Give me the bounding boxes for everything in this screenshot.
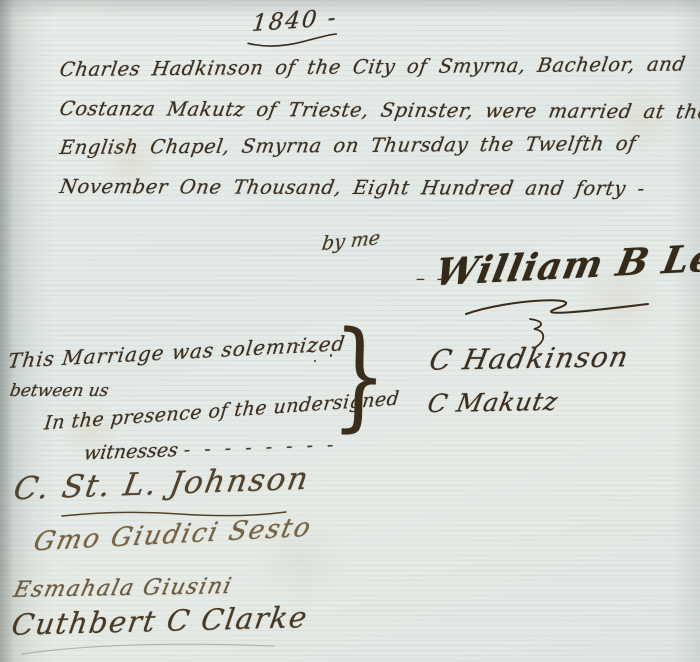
witness-signature-clarke: Cuthbert C Clarke bbox=[9, 600, 310, 642]
year-heading: 1840 - bbox=[251, 5, 339, 37]
witness-signature-esmahala: Esmahala Giusini bbox=[11, 574, 235, 603]
bride-signature: C Makutz bbox=[425, 387, 561, 418]
officiant-signature-flourish bbox=[462, 296, 652, 322]
officiant-signature: William B Lewis bbox=[432, 232, 700, 295]
register-entry-text: Charles Hadkinson of the City of Smyrna,… bbox=[60, 50, 700, 206]
scanned-marriage-register-page: 1840 - Charles Hadkinson of the City of … bbox=[0, 0, 700, 662]
witness-signature-johnson: C. St. L. Johnson bbox=[11, 461, 313, 508]
witness-clause-line-2: witnesses - - - - - - - - bbox=[83, 434, 340, 465]
brace-flourish: } bbox=[331, 305, 388, 446]
entry-line-4: November One Thousand, Eight Hundred and… bbox=[57, 167, 700, 208]
witnesses-word: witnesses bbox=[83, 439, 180, 464]
entry-line-3: English Chapel, Smyrna on Thursday the T… bbox=[57, 123, 700, 167]
by-me-label: by me bbox=[321, 227, 382, 256]
solemnization-line-2: between us bbox=[8, 381, 110, 401]
faint-pencil-arc bbox=[18, 640, 278, 656]
entry-line-1: Charles Hadkinson of the City of Smyrna,… bbox=[57, 44, 700, 89]
groom-signature: C Hadkinson bbox=[427, 340, 632, 377]
witnesses-dashed-line: - - - - - - - - bbox=[182, 434, 339, 461]
